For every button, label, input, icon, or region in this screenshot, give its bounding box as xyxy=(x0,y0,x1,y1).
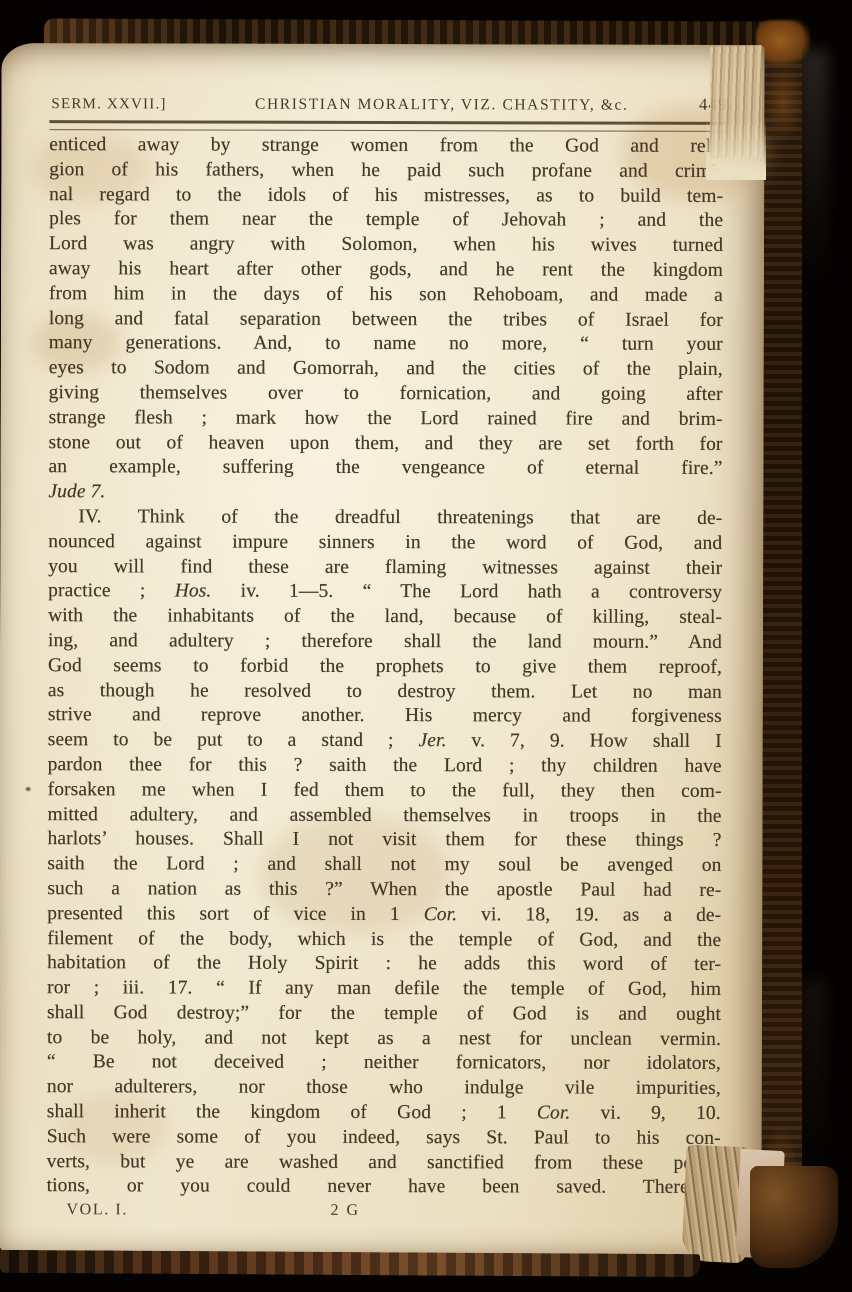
text-segment: an example, suffering the vengeance of e… xyxy=(48,456,722,479)
text-segment: strange flesh ; mark how the Lord rained… xyxy=(49,407,723,430)
text-segment: strive and reprove another. His mercy an… xyxy=(48,704,722,727)
text-line: pardon thee for this ? saith the Lord ; … xyxy=(48,753,722,780)
text-line: practice ; Hos. iv. 1—5. “ The Lord hath… xyxy=(48,579,722,606)
text-line: giving themselves over to fornication, a… xyxy=(49,381,723,408)
text-segment: “ Be not deceived ; neither fornicators,… xyxy=(47,1052,721,1075)
text-line: to be holy, and not kept as a nest for u… xyxy=(47,1026,721,1053)
text-line: gion of his fathers, when he paid such p… xyxy=(49,158,723,185)
paragraph: IV. Think of the dreadful threatenings t… xyxy=(47,505,723,1201)
text-segment: with the inhabitants of the land, becaus… xyxy=(48,605,722,628)
text-line: saith the Lord ; and shall not my soul b… xyxy=(47,852,721,879)
scripture-reference: Cor. xyxy=(424,904,458,925)
text-segment: nal regard to the idols of his mistresse… xyxy=(49,184,723,207)
text-segment: gion of his fathers, when he paid such p… xyxy=(49,159,723,182)
text-line: ing, and adultery ; therefore shall the … xyxy=(48,629,722,656)
text-line: presented this sort of vice in 1 Cor. vi… xyxy=(47,902,721,929)
page-body: enticed away by strange women from the G… xyxy=(47,133,724,1201)
book-page: SERM. XXVII.] CHRISTIAN MORALITY, VIZ. C… xyxy=(0,43,765,1257)
text-line: mitted adultery, and assembled themselve… xyxy=(48,803,722,830)
background-haze xyxy=(800,980,826,1180)
text-segment: Such were some of you indeed, says St. P… xyxy=(47,1126,721,1149)
text-segment: iv. 1—5. “ The Lord hath a controversy xyxy=(211,581,722,603)
book-cover-bottom-corner xyxy=(750,1166,838,1268)
text-segment: such a nation as this ?” When the apostl… xyxy=(47,878,721,901)
page-footer: VOL. I. 2 G xyxy=(0,1201,762,1229)
text-line: Lord was angry with Solomon, when his wi… xyxy=(49,232,723,259)
text-segment: vi. 18, 19. as a de- xyxy=(457,904,721,926)
text-segment: tions, or you could never have been save… xyxy=(47,1176,721,1199)
text-line: ples for them near the temple of Jehovah… xyxy=(49,208,723,235)
text-segment: practice ; xyxy=(48,580,175,601)
text-line: an example, suffering the vengeance of e… xyxy=(48,455,722,482)
text-segment: vi. 9, 10. xyxy=(570,1103,720,1124)
text-segment: ror ; iii. 17. “ If any man defile the t… xyxy=(47,977,721,1000)
ink-speck xyxy=(26,787,31,791)
text-segment: verts, but ye are washed and sanctified … xyxy=(47,1151,721,1174)
text-segment: IV. Think of the dreadful threatenings t… xyxy=(78,506,722,529)
text-segment: giving themselves over to fornication, a… xyxy=(49,382,723,405)
text-line: from him in the days of his son Rehoboam… xyxy=(49,282,723,309)
text-line: shall God destroy;” for the temple of Go… xyxy=(47,1001,721,1028)
text-segment: God seems to forbid the prophets to give… xyxy=(48,655,722,678)
text-segment: you will find these are flaming witnesse… xyxy=(48,556,722,579)
volume-label: VOL. I. xyxy=(67,1201,128,1219)
text-line: as though he resolved to destroy them. L… xyxy=(48,679,722,706)
text-line: strange flesh ; mark how the Lord rained… xyxy=(49,406,723,433)
text-line: Such were some of you indeed, says St. P… xyxy=(47,1125,721,1152)
text-segment: shall inherit the kingdom of God ; 1 xyxy=(47,1101,537,1123)
text-segment: seem to be put to a stand ; xyxy=(48,729,419,751)
scripture-reference: Cor. xyxy=(537,1102,571,1123)
text-line: seem to be put to a stand ; Jer. v. 7, 9… xyxy=(48,728,722,755)
text-segment: saith the Lord ; and shall not my soul b… xyxy=(47,853,721,876)
text-line: God seems to forbid the prophets to give… xyxy=(48,654,722,681)
text-segment: shall God destroy;” for the temple of Go… xyxy=(47,1002,721,1025)
scripture-reference: Jude 7. xyxy=(48,481,105,502)
page-stack-fade xyxy=(706,120,766,180)
header-double-rule xyxy=(49,120,727,132)
text-segment: away his heart after other gods, and he … xyxy=(49,258,723,281)
text-line: you will find these are flaming witnesse… xyxy=(48,555,722,582)
text-segment: harlots’ houses. Shall I not visit them … xyxy=(47,828,721,851)
signature-mark: 2 G xyxy=(331,1202,361,1220)
text-line: such a nation as this ?” When the apostl… xyxy=(47,877,721,904)
background-haze xyxy=(798,50,828,290)
book-cover-fore-edge xyxy=(760,28,802,1260)
sermon-number: SERM. XXVII.] xyxy=(51,96,166,113)
text-line: long and fatal separation between the tr… xyxy=(49,307,723,334)
text-segment: pardon thee for this ? saith the Lord ; … xyxy=(48,754,722,777)
text-line: nounced against impure sinners in the wo… xyxy=(48,530,722,557)
text-line: verts, but ye are washed and sanctified … xyxy=(47,1150,721,1177)
text-segment: from him in the days of his son Rehoboam… xyxy=(49,283,723,306)
text-segment: forsaken me when I fed them to the full,… xyxy=(48,779,722,802)
text-line: stone out of heaven upon them, and they … xyxy=(49,431,723,458)
text-line: strive and reprove another. His mercy an… xyxy=(48,703,722,730)
text-line: forsaken me when I fed them to the full,… xyxy=(48,778,722,805)
text-segment: Lord was angry with Solomon, when his wi… xyxy=(49,233,723,256)
text-line: ror ; iii. 17. “ If any man defile the t… xyxy=(47,976,721,1003)
text-segment: many generations. And, to name no more, … xyxy=(49,333,723,356)
text-line: harlots’ houses. Shall I not visit them … xyxy=(47,827,721,854)
text-line: many generations. And, to name no more, … xyxy=(49,332,723,359)
scripture-reference: Hos. xyxy=(175,581,212,602)
text-line: with the inhabitants of the land, becaus… xyxy=(48,604,722,631)
text-line: “ Be not deceived ; neither fornicators,… xyxy=(47,1051,721,1078)
text-line: away his heart after other gods, and he … xyxy=(49,257,723,284)
text-line: shall inherit the kingdom of God ; 1 Cor… xyxy=(47,1100,721,1127)
text-segment: nounced against impure sinners in the wo… xyxy=(48,531,722,554)
text-segment: mitted adultery, and assembled themselve… xyxy=(48,804,722,827)
book-photo: SERM. XXVII.] CHRISTIAN MORALITY, VIZ. C… xyxy=(0,0,852,1292)
text-line: IV. Think of the dreadful threatenings t… xyxy=(48,505,722,532)
text-segment: long and fatal separation between the tr… xyxy=(49,308,723,331)
paragraph: enticed away by strange women from the G… xyxy=(48,133,723,507)
text-line: Jude 7. xyxy=(48,480,722,507)
text-segment: presented this sort of vice in 1 xyxy=(47,903,423,925)
text-line: filement of the body, which is the templ… xyxy=(47,927,721,954)
running-title: CHRISTIAN MORALITY, VIZ. CHASTITY, &c. xyxy=(255,96,628,115)
text-segment: as though he resolved to destroy them. L… xyxy=(48,680,722,703)
text-segment: nor adulterers, nor those who indulge vi… xyxy=(47,1076,721,1099)
text-segment: stone out of heaven upon them, and they … xyxy=(49,432,723,455)
text-line: eyes to Sodom and Gomorrah, and the citi… xyxy=(49,356,723,383)
text-line: nal regard to the idols of his mistresse… xyxy=(49,183,723,210)
text-segment: to be holy, and not kept as a nest for u… xyxy=(47,1027,721,1050)
text-line: tions, or you could never have been save… xyxy=(47,1175,721,1202)
book-cover-bottom-edge xyxy=(0,1250,700,1277)
text-line: habitation of the Holy Spirit : he adds … xyxy=(47,951,721,978)
text-segment: habitation of the Holy Spirit : he adds … xyxy=(47,952,721,975)
scripture-reference: Jer. xyxy=(419,730,447,751)
text-line: enticed away by strange women from the G… xyxy=(49,133,723,160)
text-segment: v. 7, 9. How shall I xyxy=(447,730,722,752)
running-header: SERM. XXVII.] CHRISTIAN MORALITY, VIZ. C… xyxy=(51,93,727,115)
text-segment: ing, and adultery ; therefore shall the … xyxy=(48,630,722,653)
text-segment: eyes to Sodom and Gomorrah, and the citi… xyxy=(49,357,723,380)
text-line: nor adulterers, nor those who indulge vi… xyxy=(47,1075,721,1102)
text-segment: ples for them near the temple of Jehovah… xyxy=(49,209,723,232)
text-segment: filement of the body, which is the templ… xyxy=(47,928,721,951)
text-segment: enticed away by strange women from the G… xyxy=(49,134,723,157)
